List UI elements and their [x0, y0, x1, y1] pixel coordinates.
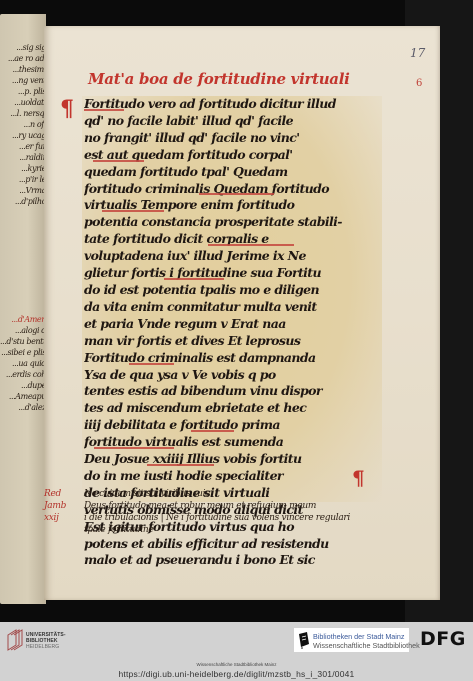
folio-number: 17 [410, 46, 425, 60]
previous-leaf-line: ...sibei e plis [0, 347, 46, 358]
manuscript-line-text: tentes estis ad bibendum vinu dispor [84, 383, 322, 398]
manuscript-line: quedam fortitudo tpal' Quedam [84, 164, 384, 181]
previous-leaf-line: ...d'stu bentu w [0, 336, 46, 347]
rubrication-stroke [208, 244, 294, 246]
previous-leaf-line: ...p'ir le [0, 174, 46, 185]
rubrication-stroke [94, 447, 174, 449]
manuscript-line: potens et abilis efficitur ad resistendu [84, 536, 384, 553]
manuscript-line: qd' no facile labit' illud qd' facile [84, 113, 384, 130]
previous-leaf-line: ...dupe [0, 380, 46, 391]
manuscript-line-text: quedam fortitudo tpal' Quedam [84, 164, 287, 179]
manuscript-line: et paria Vnde regum v Erat naa [84, 316, 384, 333]
dfg-logo[interactable]: DFG [420, 628, 466, 650]
note-line: xxiji die tribulacionis | Ne i fortitudi… [44, 512, 434, 524]
manuscript-line-text: do id est potentia tpalis mo e diligen [84, 282, 319, 297]
note-text: Deus fortitudo mea et robur meum et refu… [84, 501, 316, 511]
manuscript-line: do id est potentia tpalis mo e diligen [84, 282, 384, 299]
ub-logo-icon [6, 629, 24, 651]
note-margin-label: xxij [44, 512, 84, 524]
rubrication-stroke [199, 193, 274, 195]
note-line: RedNe cuidam sit sui viribus suis [44, 488, 434, 500]
manuscript-line-text: man vir fortis et dives Et leprosus [84, 333, 300, 348]
previous-leaf-line: ...er fur [0, 141, 46, 152]
previous-leaf-line: ...d'alez [0, 402, 46, 413]
manuscript-line-text: Ysa de qua ysa v Ve vobis q po [84, 367, 276, 382]
manuscript-line: voluptadena iux' illud Jerime ix Ne [84, 248, 384, 265]
holding-institution: Wissenschaftliche Stadtbibliothek Mainz [0, 662, 473, 667]
footer: UNIVERSITÄTS- BIBLIOTHEK HEIDELBERG Bibl… [0, 622, 473, 681]
previous-leaf-line: ...ae ro ad' [0, 53, 46, 64]
manuscript-line-text: malo et ad pseuerandu i bono Et sic [84, 552, 315, 567]
manuscript-line: Fortitudo vero ad fortitudo dicitur illu… [84, 96, 384, 113]
note-text: tpale fortitudine [84, 525, 153, 535]
manuscript-line: do in me iusti hodie specialiter [84, 468, 384, 485]
manuscript-line: tentes estis ad bibendum vinu dispor [84, 383, 384, 400]
mainz-logo-line1: Bibliotheken der Stadt Mainz [313, 632, 405, 641]
manuscript-line-text: da vita enim conmitatur multa venit [84, 299, 317, 314]
previous-leaf-line: ...n ofi [0, 119, 46, 130]
manuscript-viewer[interactable]: ...sig sig...ae ro ad'...thesimi...ng ve… [0, 0, 473, 622]
manuscript-line: fortitudo virtualis est sumenda [84, 434, 384, 451]
manuscript-line: Deu Josue xxiiij Illius vobis fortitu [84, 451, 384, 468]
manuscript-line-text: iiij debilitata e fortitudo prima [84, 417, 280, 432]
rubrication-stroke [102, 210, 164, 212]
manuscript-line: no frangit' illud qd' facile no vinc' [84, 130, 384, 147]
rubrication-stroke [93, 160, 144, 162]
manuscript-line: malo et ad pseuerandu i bono Et sic [84, 552, 384, 569]
manuscript-line: tate fortitudo dicit corpalis e [84, 231, 384, 248]
manuscript-line: da vita enim conmitatur multa venit [84, 299, 384, 316]
ub-logo-line3: HEIDELBERG [26, 644, 66, 650]
rubrication-stroke [164, 278, 224, 280]
book-icon [298, 631, 310, 649]
manuscript-line-text: tes ad miscendum ebrietate et hec [84, 400, 306, 415]
manuscript-line-text: et paria Vnde regum v Erat naa [84, 316, 286, 331]
previous-leaf-line: ...p. plis [0, 86, 46, 97]
note-margin-label: Jamb [44, 500, 84, 512]
previous-leaf-line: ...l. nersq' [0, 108, 46, 119]
previous-leaf-line: ...raldir [0, 152, 46, 163]
previous-leaf-line: ...ua quid [0, 358, 46, 369]
previous-leaf-line: ...d'pilho [0, 196, 46, 207]
folio-mark: 6 [416, 78, 426, 86]
manuscript-line-text: do in me iusti hodie specialiter [84, 468, 283, 483]
manuscript-line: fortitudo criminalis Quedam fortitudo [84, 181, 384, 198]
manuscript-line: est aut quedam fortitudo corpal' [84, 147, 384, 164]
manuscript-line-text: Fortitudo criminalis est dampnanda [84, 350, 316, 365]
previous-leaf-line: ...sig sig [0, 42, 46, 53]
rubrication-stroke [147, 464, 214, 466]
manuscript-line-text: no frangit' illud qd' facile no vinc' [84, 130, 299, 145]
manuscript-page: 17 6 Mat'a boa de fortitudine virtuali ¶… [44, 26, 440, 600]
note-text: i die tribulacionis | Ne i fortitudine s… [84, 513, 350, 523]
previous-leaf-line: ...erdis coh [0, 369, 46, 380]
mainz-library-logo[interactable]: Bibliotheken der Stadt Mainz Wissenschaf… [294, 628, 409, 652]
manuscript-line: potentia constancia prosperitate stabili… [84, 214, 384, 231]
lower-notes: RedNe cuidam sit sui viribus suisJambDeu… [44, 488, 434, 536]
manuscript-line: Fortitudo criminalis est dampnanda [84, 350, 384, 367]
rubrication-stroke [129, 363, 174, 365]
manuscript-line-text: voluptadena iux' illud Jerime ix Ne [84, 248, 306, 263]
previous-leaf-line: ...ng vent [0, 75, 46, 86]
manuscript-line-text: potentia constancia prosperitate stabili… [84, 214, 342, 229]
previous-leaf-line: ...d'Amen [0, 314, 46, 325]
note-line: JambDeus fortitudo mea et robur meum et … [44, 500, 434, 512]
rubrication-stroke [84, 109, 124, 111]
previous-leaf-line: ...kyrie [0, 163, 46, 174]
previous-leaf-line: ...uoldati [0, 97, 46, 108]
previous-leaf-line: ...alogi d [0, 325, 46, 336]
note-text: Ne cuidam sit sui viribus suis [84, 489, 210, 499]
manuscript-line-text: potens et abilis efficitur ad resistendu [84, 536, 329, 551]
previous-leaf-line: ...thesimi [0, 64, 46, 75]
manuscript-line-text: qd' no facile labit' illud qd' facile [84, 113, 293, 128]
heidelberg-ub-logo[interactable]: UNIVERSITÄTS- BIBLIOTHEK HEIDELBERG [6, 629, 116, 651]
previous-leaf-line: ...Vrma [0, 185, 46, 196]
manuscript-line: man vir fortis et dives Et leprosus [84, 333, 384, 350]
manuscript-line: iiij debilitata e fortitudo prima [84, 417, 384, 434]
rubrication-stroke [191, 430, 234, 432]
previous-leaf-line: ...Ameapu [0, 391, 46, 402]
manuscript-line: virtualis Tempore enim fortitudo [84, 197, 384, 214]
manuscript-line: tes ad miscendum ebrietate et hec [84, 400, 384, 417]
note-line: tpale fortitudine [44, 524, 434, 536]
manuscript-line: glietur fortis i fortitudine sua Fortitu [84, 265, 384, 282]
previous-leaf-line: ...ry ucag [0, 130, 46, 141]
previous-leaf-edge: ...sig sig...ae ro ad'...thesimi...ng ve… [0, 14, 46, 604]
pilcrow-mark: ¶ [60, 96, 74, 122]
manuscript-line: Ysa de qua ysa v Ve vobis q po [84, 367, 384, 384]
permalink-url[interactable]: https://digi.ub.uni-heidelberg.de/diglit… [0, 669, 473, 679]
rubric-title: Mat'a boa de fortitudine virtuali [88, 70, 350, 88]
mainz-logo-line2: Wissenschaftliche Stadtbibliothek [313, 641, 420, 650]
note-margin-label: Red [44, 488, 84, 500]
